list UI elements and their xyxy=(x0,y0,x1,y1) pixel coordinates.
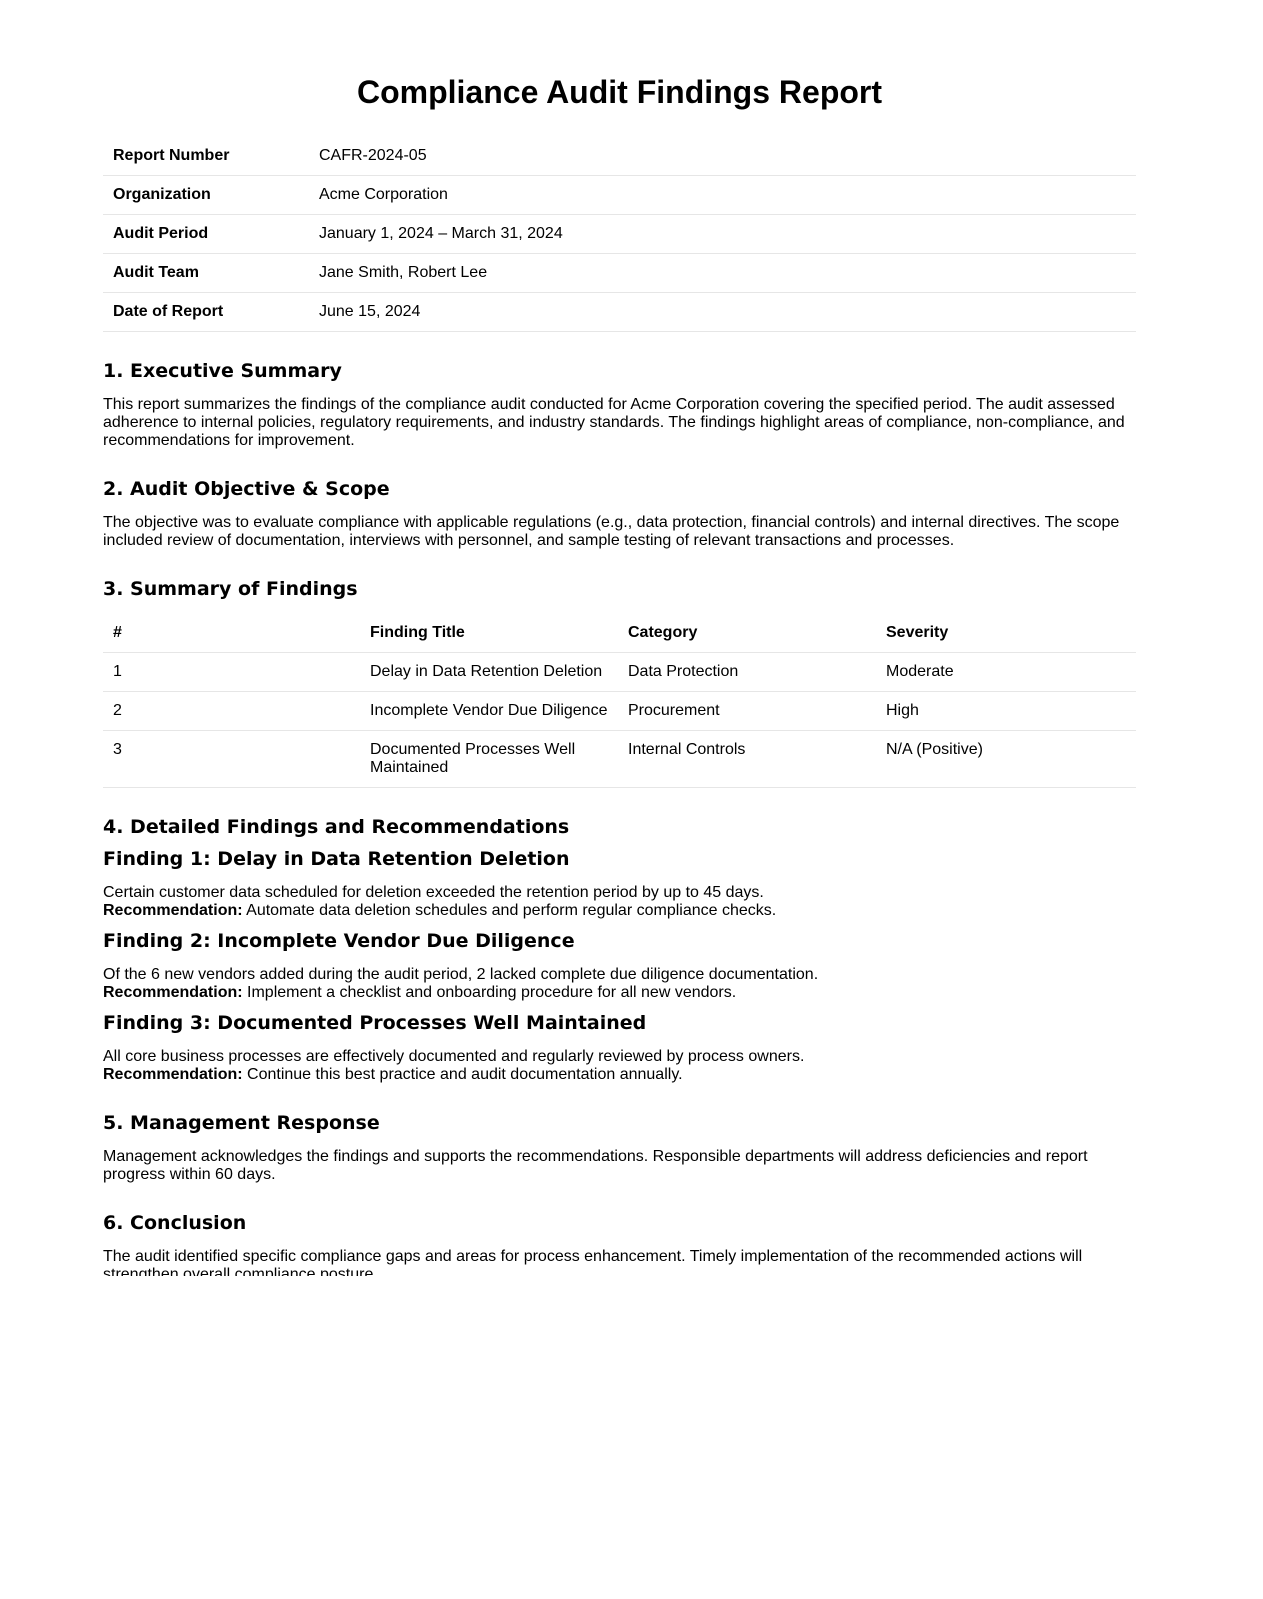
section-management-response: 5. Management Response Management acknow… xyxy=(103,1112,1136,1184)
document-viewport: Compliance Audit Findings Report Report … xyxy=(0,0,1263,1276)
cell-severity: High xyxy=(876,692,1136,731)
meta-label: Date of Report xyxy=(103,293,309,332)
finding-description: Of the 6 new vendors added during the au… xyxy=(103,966,818,983)
meta-row-audit-period: Audit Period January 1, 2024 – March 31,… xyxy=(103,215,1136,254)
report-metadata-table: Report Number CAFR-2024-05 Organization … xyxy=(103,137,1136,332)
section-body: The objective was to evaluate compliance… xyxy=(103,514,1136,550)
meta-row-date-of-report: Date of Report June 15, 2024 xyxy=(103,293,1136,332)
section-objective-scope: 2. Audit Objective & Scope The objective… xyxy=(103,478,1136,550)
section-heading: 5. Management Response xyxy=(103,1112,1136,1134)
finding-description: Certain customer data scheduled for dele… xyxy=(103,884,764,901)
finding-description: All core business processes are effectiv… xyxy=(103,1048,804,1065)
section-executive-summary: 1. Executive Summary This report summari… xyxy=(103,360,1136,450)
section-conclusion: 6. Conclusion The audit identified speci… xyxy=(103,1212,1136,1276)
meta-label: Organization xyxy=(103,176,309,215)
cell-category: Internal Controls xyxy=(618,731,876,788)
finding-body: All core business processes are effectiv… xyxy=(103,1048,1136,1084)
recommendation-label: Recommendation: xyxy=(103,984,243,1001)
section-heading: 6. Conclusion xyxy=(103,1212,1136,1234)
meta-row-organization: Organization Acme Corporation xyxy=(103,176,1136,215)
meta-value: Jane Smith, Robert Lee xyxy=(309,254,1136,293)
finding-title: Finding 1: Delay in Data Retention Delet… xyxy=(103,848,1136,870)
cell-finding-title: Incomplete Vendor Due Diligence xyxy=(360,692,618,731)
meta-value: June 15, 2024 xyxy=(309,293,1136,332)
cell-severity: N/A (Positive) xyxy=(876,731,1136,788)
table-header-row: # Finding Title Category Severity xyxy=(103,614,1136,653)
recommendation-label: Recommendation: xyxy=(103,902,243,919)
table-row: 3 Documented Processes Well Maintained I… xyxy=(103,731,1136,788)
meta-value: CAFR-2024-05 xyxy=(309,137,1136,176)
section-heading: 1. Executive Summary xyxy=(103,360,1136,382)
finding-1: Finding 1: Delay in Data Retention Delet… xyxy=(103,848,1136,920)
section-body: This report summarizes the findings of t… xyxy=(103,396,1136,450)
section-detailed-findings: 4. Detailed Findings and Recommendations… xyxy=(103,816,1136,1084)
section-heading: 3. Summary of Findings xyxy=(103,578,1136,600)
table-row: 1 Delay in Data Retention Deletion Data … xyxy=(103,653,1136,692)
meta-row-report-number: Report Number CAFR-2024-05 xyxy=(103,137,1136,176)
cell-number: 1 xyxy=(103,653,360,692)
finding-3: Finding 3: Documented Processes Well Mai… xyxy=(103,1012,1136,1084)
column-header-number: # xyxy=(103,614,360,653)
report-page: Compliance Audit Findings Report Report … xyxy=(103,0,1136,1276)
finding-title: Finding 3: Documented Processes Well Mai… xyxy=(103,1012,1136,1034)
finding-recommendation: Automate data deletion schedules and per… xyxy=(246,902,776,919)
cell-number: 3 xyxy=(103,731,360,788)
report-title: Compliance Audit Findings Report xyxy=(103,73,1136,111)
finding-body: Certain customer data scheduled for dele… xyxy=(103,884,1136,920)
meta-label: Audit Period xyxy=(103,215,309,254)
finding-recommendation: Implement a checklist and onboarding pro… xyxy=(247,984,736,1001)
cell-category: Procurement xyxy=(618,692,876,731)
recommendation-label: Recommendation: xyxy=(103,1066,243,1083)
column-header-severity: Severity xyxy=(876,614,1136,653)
section-body: The audit identified specific compliance… xyxy=(103,1248,1136,1276)
section-body: Management acknowledges the findings and… xyxy=(103,1148,1136,1184)
column-header-category: Category xyxy=(618,614,876,653)
section-heading: 4. Detailed Findings and Recommendations xyxy=(103,816,1136,838)
finding-recommendation: Continue this best practice and audit do… xyxy=(247,1066,683,1083)
cell-finding-title: Delay in Data Retention Deletion xyxy=(360,653,618,692)
cell-finding-title: Documented Processes Well Maintained xyxy=(360,731,618,788)
cell-category: Data Protection xyxy=(618,653,876,692)
meta-value: Acme Corporation xyxy=(309,176,1136,215)
meta-label: Audit Team xyxy=(103,254,309,293)
section-heading: 2. Audit Objective & Scope xyxy=(103,478,1136,500)
table-row: 2 Incomplete Vendor Due Diligence Procur… xyxy=(103,692,1136,731)
finding-title: Finding 2: Incomplete Vendor Due Diligen… xyxy=(103,930,1136,952)
finding-body: Of the 6 new vendors added during the au… xyxy=(103,966,1136,1002)
finding-2: Finding 2: Incomplete Vendor Due Diligen… xyxy=(103,930,1136,1002)
cell-number: 2 xyxy=(103,692,360,731)
column-header-finding-title: Finding Title xyxy=(360,614,618,653)
meta-label: Report Number xyxy=(103,137,309,176)
section-summary-of-findings: 3. Summary of Findings # Finding Title C… xyxy=(103,578,1136,788)
meta-row-audit-team: Audit Team Jane Smith, Robert Lee xyxy=(103,254,1136,293)
findings-summary-table: # Finding Title Category Severity 1 Dela… xyxy=(103,614,1136,788)
meta-value: January 1, 2024 – March 31, 2024 xyxy=(309,215,1136,254)
cell-severity: Moderate xyxy=(876,653,1136,692)
